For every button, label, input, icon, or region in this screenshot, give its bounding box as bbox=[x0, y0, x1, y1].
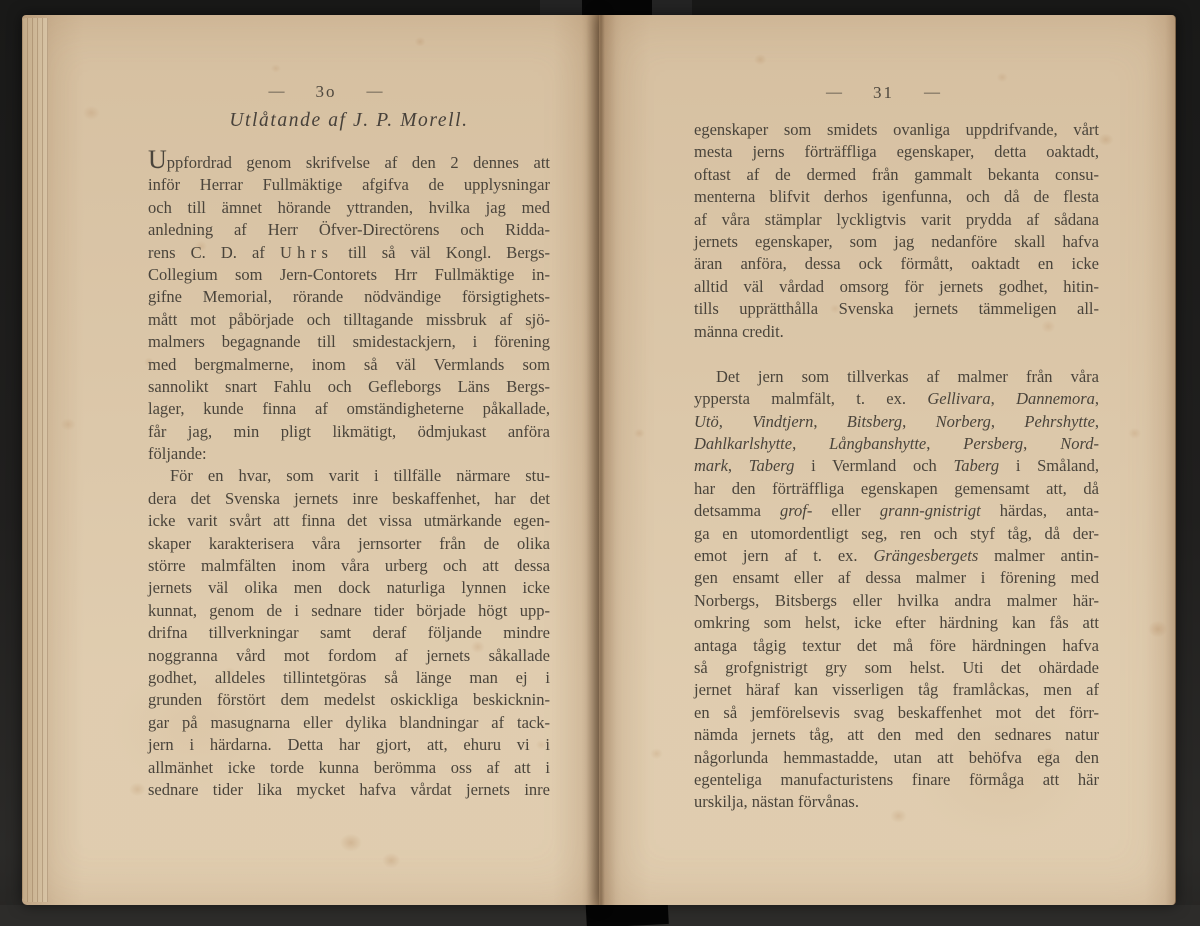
book-scan-photo: { "colors":{"backdrop":"#1f1e1c","paper"… bbox=[0, 0, 1200, 926]
text-line: Det jern som tillverkas af malmer från v… bbox=[694, 366, 1099, 388]
text-line: noggranna vård mot fordom af jernets såk… bbox=[148, 645, 550, 667]
page-number-right: 31 bbox=[873, 83, 894, 103]
text-line: får jag, min pligt likmätigt, ödmjukast … bbox=[148, 421, 550, 443]
text-line: någorlunda hemmastadde, utan att behöfva… bbox=[694, 747, 1099, 769]
text-line: så grofgnistrigt gry som helst. Uti det … bbox=[694, 657, 1099, 679]
text-line: männa credit. bbox=[694, 321, 1099, 343]
text-line: anledning af Herr Öfver-Directörens och … bbox=[148, 219, 550, 241]
text-line: af våra stämplar lyckligtvis varit prydd… bbox=[694, 209, 1099, 231]
text-line: rens C. D. af Uhrs till så väl Kongl. Be… bbox=[148, 242, 550, 264]
text-line: ga en utomordentligt seg, ren och styf t… bbox=[694, 523, 1099, 545]
text-line: gen ensamt eller af dessa malmer i fören… bbox=[694, 567, 1099, 589]
text-line: omkring som helst, icke efter härdning k… bbox=[694, 612, 1099, 634]
text-line: lager, kunde finna af omständigheterne p… bbox=[148, 398, 550, 420]
text-line: mått mot påbörjade och tilltagande missb… bbox=[148, 309, 550, 331]
text-line: dera det Svenska jernets inre beskaffenh… bbox=[148, 488, 550, 510]
text-line: detsamma grof- eller grann-gnistrigt här… bbox=[694, 500, 1099, 522]
text-line: alltid väl vårdad omsorg för jernets god… bbox=[694, 276, 1099, 298]
text-line: egenskaper som smidets ovanliga uppdrifv… bbox=[694, 119, 1099, 141]
initial-capital: U bbox=[148, 145, 167, 174]
text-line: oftast af de dermed från gammalt bekanta… bbox=[694, 164, 1099, 186]
text-line: malmers begagnande till smidestackjern, … bbox=[148, 331, 550, 353]
text-line: jernets väl olika men dock naturliga lyn… bbox=[148, 577, 550, 599]
text-line: nämda jernets tåg, att den med den sedna… bbox=[694, 724, 1099, 746]
page-header-left: — 3o — bbox=[148, 81, 550, 103]
text-line: Utö, Vindtjern, Bitsberg, Norberg, Pehrs… bbox=[694, 411, 1099, 433]
header-dash-right: — bbox=[924, 84, 941, 102]
text-line: kunnat, genom de i sednare tider började… bbox=[148, 600, 550, 622]
right-page: — 31 — egenskaper som smidets ovanliga u… bbox=[599, 15, 1176, 905]
text-line: emot jern af t. ex. Grängesbergets malme… bbox=[694, 545, 1099, 567]
text-line: icke varit svårt att finna det vissa utm… bbox=[148, 510, 550, 532]
text-line: gifne Memorial, rörande nödvändige försi… bbox=[148, 286, 550, 308]
paragraph: För en hvar, som varit i tillfälle närma… bbox=[148, 465, 550, 801]
left-page: — 3o — Utlåtande af J. P. Morell. Uppfor… bbox=[22, 15, 599, 905]
text-line: allmänhet icke torde kunna berömma oss a… bbox=[148, 757, 550, 779]
text-line: grunden förstört dem medelst oskickliga … bbox=[148, 689, 550, 711]
page-number-left: 3o bbox=[316, 82, 337, 102]
page-header-right: — 31 — bbox=[694, 82, 1099, 104]
text-line: gar på masugnarna eller dylika blandning… bbox=[148, 712, 550, 734]
paragraph: Det jern som tillverkas af malmer från v… bbox=[694, 366, 1099, 814]
text-line: Uppfordrad genom skrifvelse af den 2 den… bbox=[148, 152, 550, 174]
text-line: större malmfälten inom våra urberg och a… bbox=[148, 555, 550, 577]
text-line: egenteliga manufacturistens finare förmå… bbox=[694, 769, 1099, 791]
text-line: äran anföra, dessa ock förmått, oaktadt … bbox=[694, 253, 1099, 275]
text-line: För en hvar, som varit i tillfälle närma… bbox=[148, 465, 550, 487]
header-dash-right: — bbox=[367, 83, 384, 101]
text-line: mark, Taberg i Vermland och Taberg i Små… bbox=[694, 455, 1099, 477]
text-line: urskilja, nästan förvånas. bbox=[694, 791, 1099, 813]
text-line: godhet, alldeles tillintetgöras så länge… bbox=[148, 667, 550, 689]
text-line: har den förträffliga egenskapen gemensam… bbox=[694, 478, 1099, 500]
page-edges-stack bbox=[22, 18, 48, 902]
text-line: drifna tillverkningar samt deraf följand… bbox=[148, 622, 550, 644]
paragraph: egenskaper som smidets ovanliga uppdrifv… bbox=[694, 119, 1099, 343]
text-line: en så jemförelsevis svag beskaffenhet mo… bbox=[694, 702, 1099, 724]
text-line: inför Herrar Fullmäktige afgifva de uppl… bbox=[148, 174, 550, 196]
text-line: följande: bbox=[148, 443, 550, 465]
text-line: och till ämnet hörande yttranden, hvilka… bbox=[148, 197, 550, 219]
text-line: jernets egenskaper, som jag nedanföre sk… bbox=[694, 231, 1099, 253]
text-line: yppersta malmfält, t. ex. Gellivara, Dan… bbox=[694, 388, 1099, 410]
text-line: sednare tider lika mycket hafva vårdat j… bbox=[148, 779, 550, 801]
left-page-body: Uppfordrad genom skrifvelse af den 2 den… bbox=[148, 152, 550, 801]
text-line: jernet häraf kan visserligen tåg framlåc… bbox=[694, 679, 1099, 701]
paragraph: Uppfordrad genom skrifvelse af den 2 den… bbox=[148, 152, 550, 465]
text-line: Dahlkarlshytte, Långbanshytte, Persberg,… bbox=[694, 433, 1099, 455]
text-line: tills upprätthålla Svenska jernets tämme… bbox=[694, 298, 1099, 320]
text-line: med bergmalmerne, inom så väl Vermlands … bbox=[148, 354, 550, 376]
right-page-body: egenskaper som smidets ovanliga uppdrifv… bbox=[694, 119, 1099, 814]
text-line: jern i härdarna. Detta har gjort, att, e… bbox=[148, 734, 550, 756]
text-line: Norbergs, Bitsbergs eller hvilka andra m… bbox=[694, 590, 1099, 612]
text-line: Collegium som Jern-Contorets Hrr Fullmäk… bbox=[148, 264, 550, 286]
header-dash-left: — bbox=[269, 83, 286, 101]
text-line: skaper karakterisera våra jernsorter frå… bbox=[148, 533, 550, 555]
header-dash-left: — bbox=[826, 84, 843, 102]
text-line: mesta jerns förträffliga egenskaper, det… bbox=[694, 141, 1099, 163]
text-line: antaga tågig textur det må före härdning… bbox=[694, 635, 1099, 657]
section-title: Utlåtande af J. P. Morell. bbox=[148, 110, 550, 132]
text-line: menterna blifvit derhos igenfunna, och d… bbox=[694, 186, 1099, 208]
text-line: sannolikt snart Fahlu och Gefleborgs Län… bbox=[148, 376, 550, 398]
